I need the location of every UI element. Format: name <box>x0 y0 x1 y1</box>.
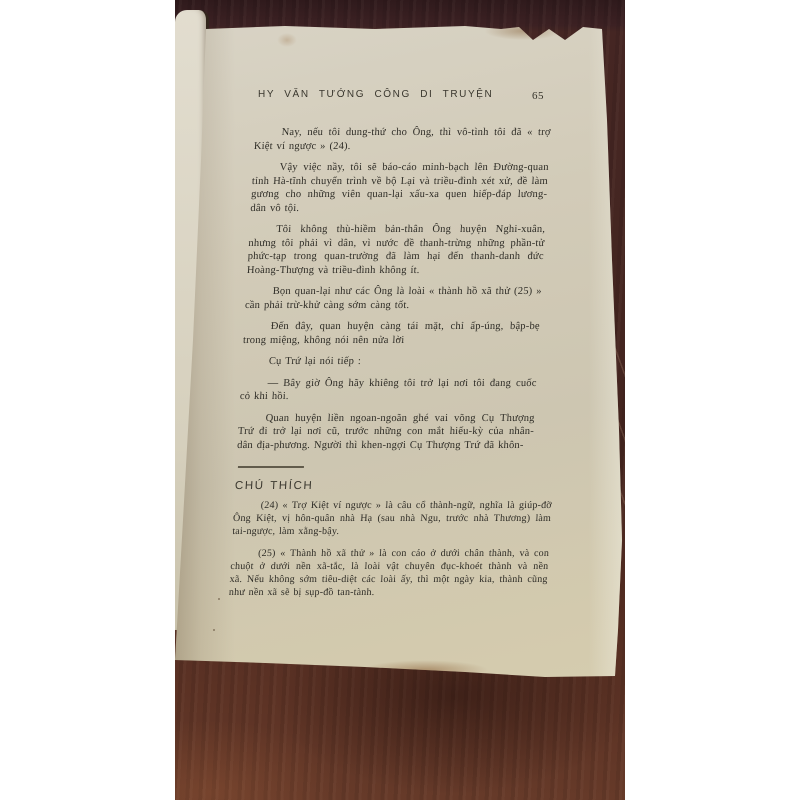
text-line: Kiệt ví ngược » (24). <box>253 140 550 154</box>
paragraph: Đến đây, quan huyện càng tái mặt, chỉ ấp… <box>243 320 541 347</box>
text-block: Nay, nếu tôi dung-thứ cho Ông, thì vô-tì… <box>228 126 551 608</box>
text-line: Quan huyện liền ngoan-ngoãn ghé vai võng… <box>238 412 535 426</box>
text-line: (24) « Trợ Kiệt ví ngược » là câu cổ thà… <box>233 499 552 512</box>
paragraph: — Bây giờ Ông hãy khiêng tôi trở lại nơi… <box>239 377 537 404</box>
text-line: phức-tạp trong quan-trường đã làm hại đế… <box>247 250 544 264</box>
book-page: HY VĂN TƯỚNG CÔNG DI TRUYỆN 65 Nay, nếu … <box>175 0 625 800</box>
text-line: Hoàng-Thượng và triều-đình không ít. <box>247 264 544 278</box>
text-line: Vậy việc nầy, tôi sẽ báo-cáo minh-bạch l… <box>252 161 549 175</box>
text-line: nhưng tôi phải vì dân, vì nước đề thanh-… <box>248 237 545 251</box>
foxing-speck <box>213 629 215 631</box>
paragraph: Vậy việc nầy, tôi sẽ báo-cáo minh-bạch l… <box>250 161 549 215</box>
text-line: tỉnh Hà-tĩnh chuyển trình về bộ Lại và t… <box>252 175 549 189</box>
text-line: dân địa-phương. Người thì khen-ngợi Cụ T… <box>237 439 534 453</box>
footnote: (24) « Trợ Kiệt ví ngược » là câu cổ thà… <box>232 499 552 538</box>
footnote: (25) « Thành hồ xã thử » là con cáo ở dư… <box>229 547 550 599</box>
paragraph: Nay, nếu tôi dung-thứ cho Ông, thì vô-tì… <box>253 126 551 153</box>
text-line: Trứ đi trở lại nơi cũ, trước những con m… <box>238 425 535 439</box>
text-line: — Bây giờ Ông hãy khiêng tôi trở lại nơi… <box>240 377 537 391</box>
footnotes-heading: CHÚ THÍCH <box>234 480 531 494</box>
text-line: cần phải trừ-khử càng sớm càng tốt. <box>245 299 542 313</box>
text-line: Bọn quan-lại như các Ông là loài « thành… <box>245 285 542 299</box>
paragraph: Bọn quan-lại như các Ông là loài « thành… <box>245 285 543 312</box>
text-line: chuột ở dưới nền xã-tắc, là loài vật chu… <box>230 560 549 573</box>
paragraph: Quan huyện liền ngoan-ngoãn ghé vai võng… <box>237 412 535 453</box>
text-line: Đến đây, quan huyện càng tái mặt, chỉ ấp… <box>243 320 540 334</box>
foxing-speck <box>218 598 220 600</box>
text-line: cỏ khi hồi. <box>239 390 536 404</box>
text-line: dân vô tội. <box>250 202 547 216</box>
text-line: xã. Nếu không sớm tiêu-diệt các loài ấy,… <box>229 573 548 586</box>
text-line: (25) « Thành hồ xã thử » là con cáo ở dư… <box>231 547 550 560</box>
footnotes: (24) « Trợ Kiệt ví ngược » là câu cổ thà… <box>229 499 553 599</box>
text-line: như nền xã sẽ bị sụp-đồ tan-tành. <box>229 586 548 599</box>
text-line: Cụ Trứ lại nói tiếp : <box>241 355 538 369</box>
book-page-photo: HY VĂN TƯỚNG CÔNG DI TRUYỆN 65 Nay, nếu … <box>175 0 625 800</box>
body-paragraphs: Nay, nếu tôi dung-thứ cho Ông, thì vô-tì… <box>237 126 551 452</box>
text-line: Ông Kiệt, vị hôn-quân nhà Hạ (sau nhà Ng… <box>233 512 552 525</box>
text-line: Nay, nếu tôi dung-thứ cho Ông, thì vô-tì… <box>254 126 551 140</box>
page-number: 65 <box>532 90 544 102</box>
text-line: gương cho những viên quan-lại xấu-xa que… <box>251 188 548 202</box>
text-line: trong miệng, không nói nên nửa lời <box>243 334 540 348</box>
text-line: Tôi không thù-hiềm bản-thân Ông huyện Ng… <box>249 223 546 237</box>
footnote-divider-rule <box>238 466 304 468</box>
paragraph: Cụ Trứ lại nói tiếp : <box>241 355 538 369</box>
text-line: tai-ngược, làm xằng-bậy. <box>232 525 551 538</box>
page-title: HY VĂN TƯỚNG CÔNG DI TRUYỆN <box>258 89 493 100</box>
paragraph: Tôi không thù-hiềm bản-thân Ông huyện Ng… <box>247 223 546 277</box>
